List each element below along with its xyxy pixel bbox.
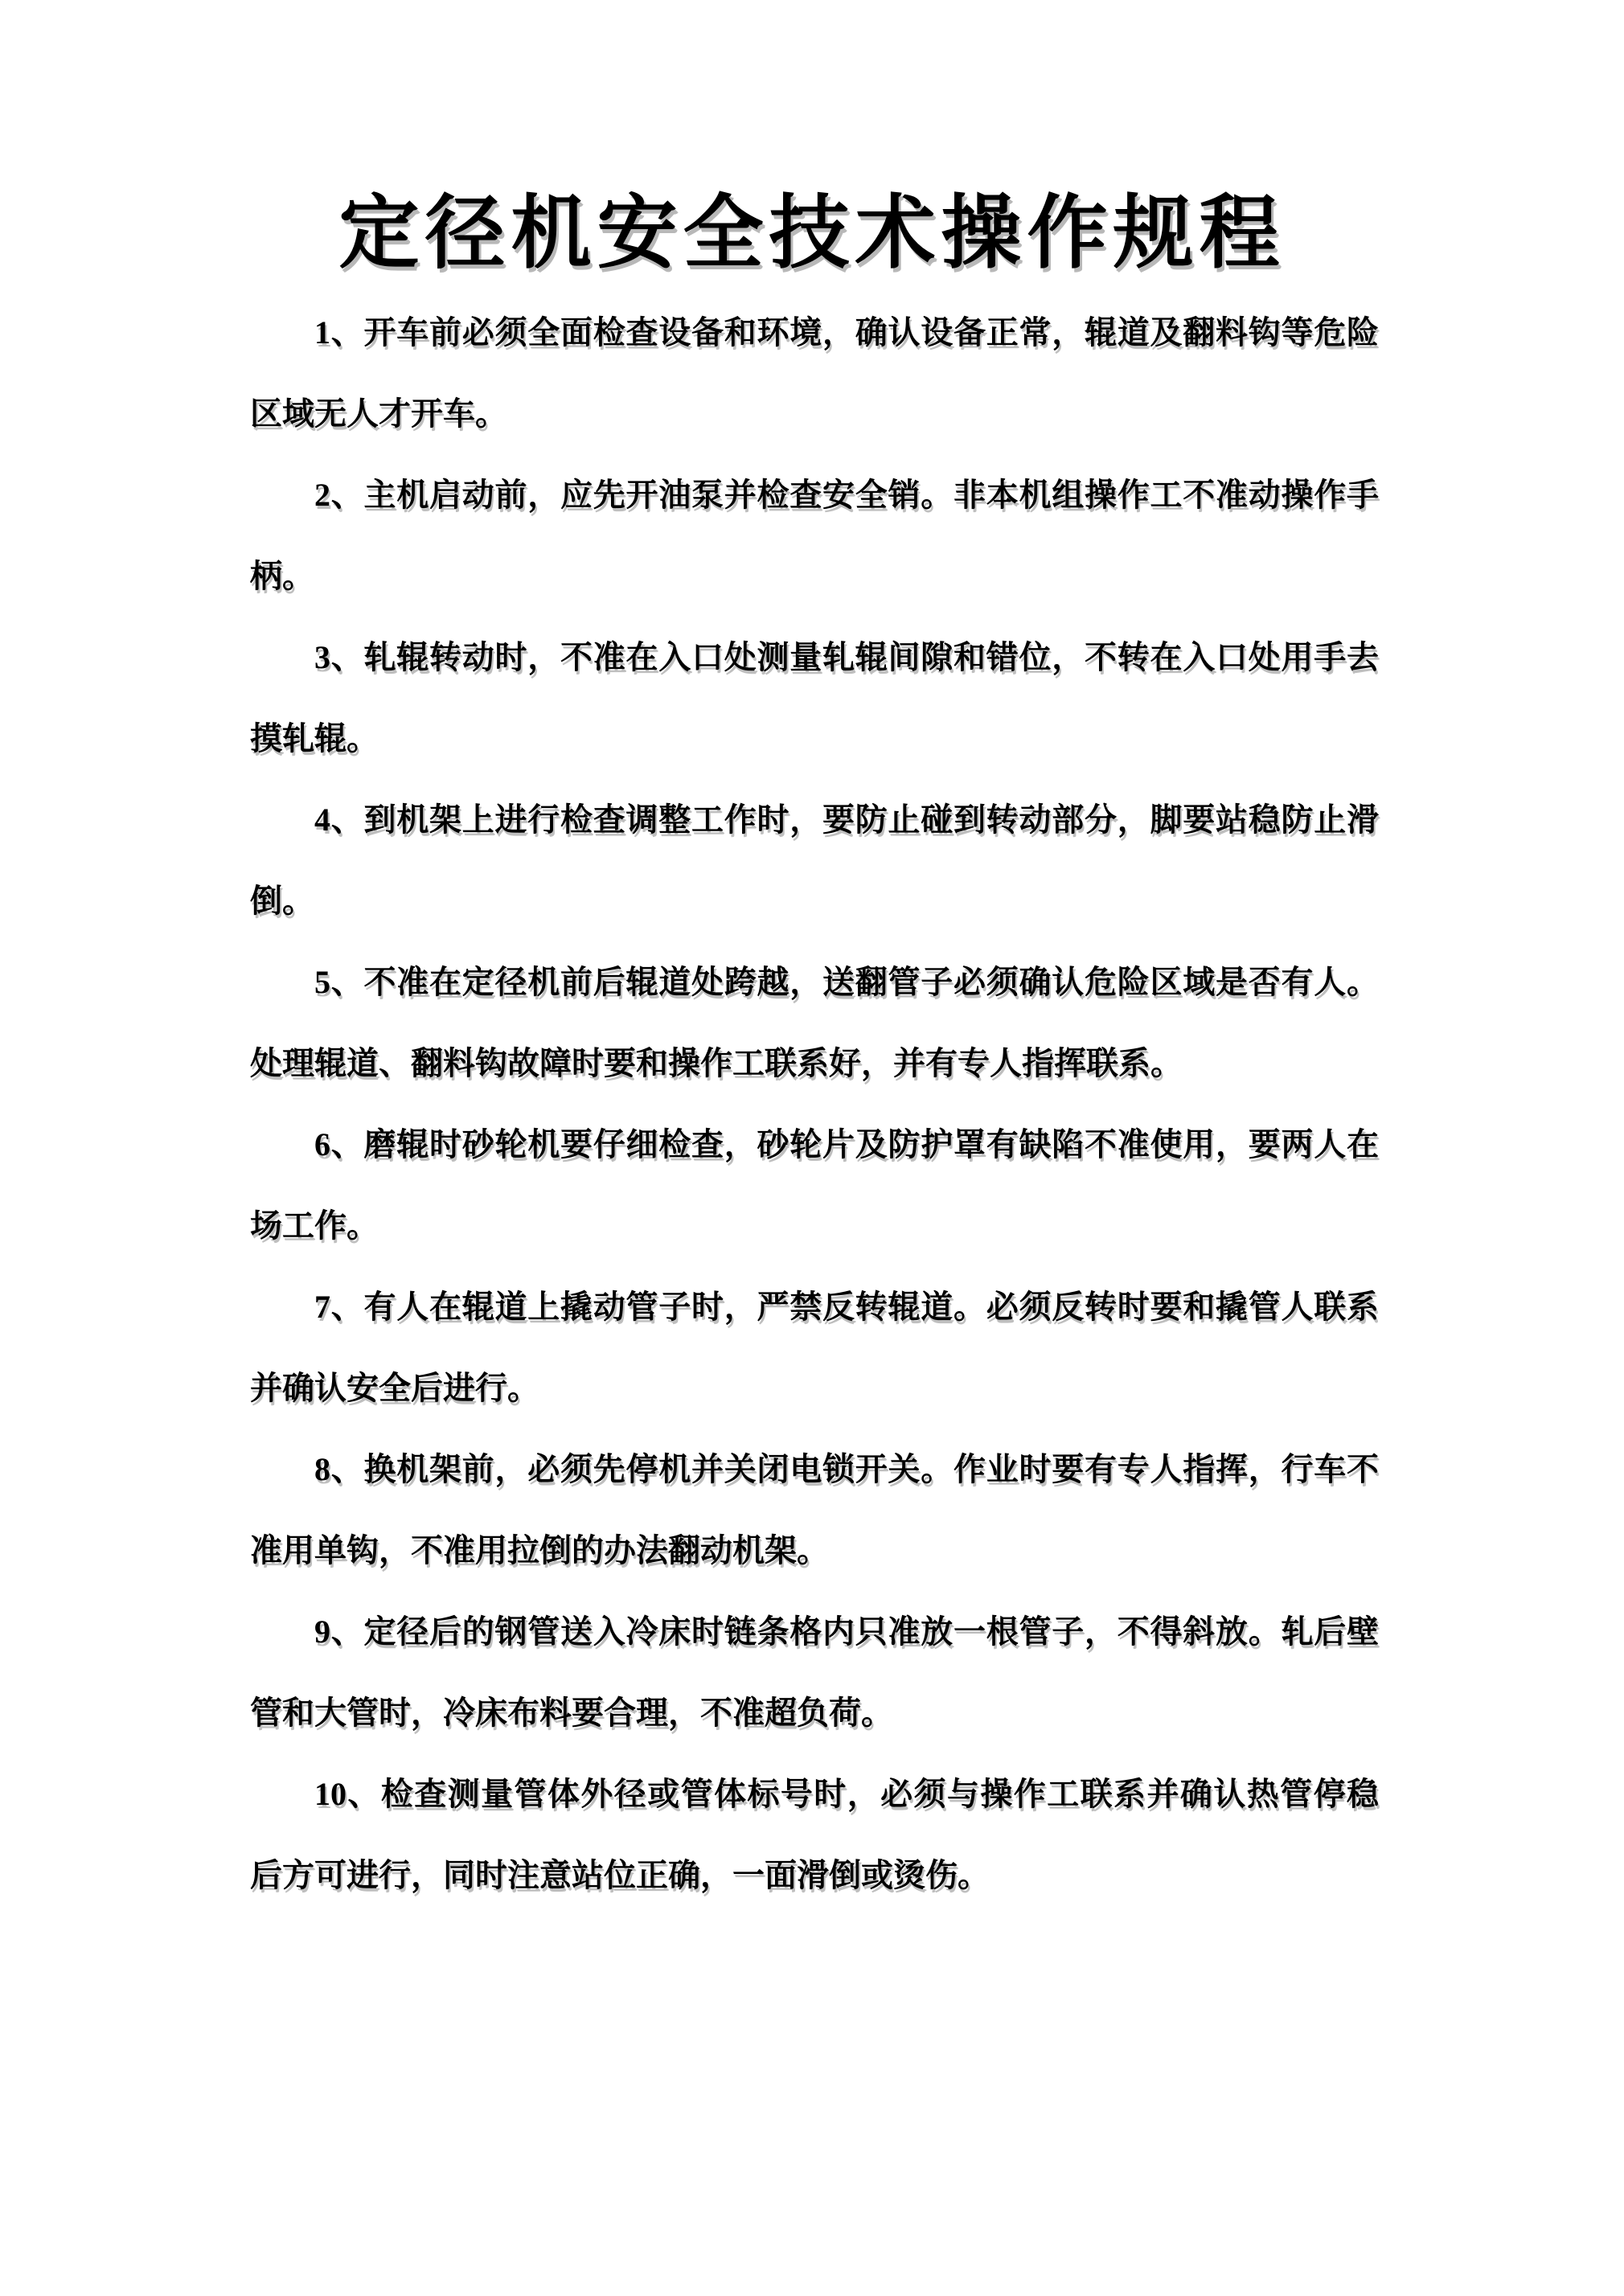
paragraph-1: 1、开车前必须全面检查设备和环境，确认设备正常，辊道及翻料钩等危险 区域无人才开… (250, 292, 1379, 454)
paragraph-9: 9、定径后的钢管送入冷床时链条格内只准放一根管子，不得斜放。轧后壁 管和大管时，… (250, 1591, 1379, 1753)
paragraph-3-line-2: 摸轧辊。 (250, 698, 1379, 779)
paragraph-9-line-1: 9、定径后的钢管送入冷床时链条格内只准放一根管子，不得斜放。轧后壁 (250, 1591, 1379, 1672)
paragraph-7: 7、有人在辊道上撬动管子时，严禁反转辊道。必须反转时要和撬管人联系 并确认安全后… (250, 1266, 1379, 1429)
paragraph-1-line-2: 区域无人才开车。 (250, 373, 1379, 454)
paragraph-2-line-1: 2、主机启动前，应先开油泵并检查安全销。非本机组操作工不准动操作手 (250, 454, 1379, 535)
paragraph-5-line-1: 5、不准在定径机前后辊道处跨越，送翻管子必须确认危险区域是否有人。 (250, 941, 1379, 1023)
paragraph-10: 10、检查测量管体外径或管体标号时，必须与操作工联系并确认热管停稳 后方可进行，… (250, 1753, 1379, 1916)
paragraph-7-line-1: 7、有人在辊道上撬动管子时，严禁反转辊道。必须反转时要和撬管人联系 (250, 1266, 1379, 1347)
paragraph-8-line-1: 8、换机架前，必须先停机并关闭电锁开关。作业时要有专人指挥，行车不 (250, 1429, 1379, 1510)
document-page: 定径机安全技术操作规程 1、开车前必须全面检查设备和环境，确认设备正常，辊道及翻… (0, 0, 1624, 2296)
paragraph-6-line-2: 场工作。 (250, 1185, 1379, 1266)
paragraph-6: 6、磨辊时砂轮机要仔细检查，砂轮片及防护罩有缺陷不准使用，要两人在 场工作。 (250, 1104, 1379, 1266)
paragraph-3: 3、轧辊转动时，不准在入口处测量轧辊间隙和错位，不转在入口处用手去 摸轧辊。 (250, 617, 1379, 779)
paragraph-8: 8、换机架前，必须先停机并关闭电锁开关。作业时要有专人指挥，行车不 准用单钩，不… (250, 1429, 1379, 1591)
paragraph-5: 5、不准在定径机前后辊道处跨越，送翻管子必须确认危险区域是否有人。 处理辊道、翻… (250, 941, 1379, 1104)
paragraph-10-line-2: 后方可进行，同时注意站位正确，一面滑倒或烫伤。 (250, 1835, 1379, 1916)
paragraph-2-line-2: 柄。 (250, 535, 1379, 617)
paragraph-8-line-2: 准用单钩，不准用拉倒的办法翻动机架。 (250, 1510, 1379, 1591)
paragraph-4-line-1: 4、到机架上进行检查调整工作时，要防止碰到转动部分，脚要站稳防止滑 (250, 779, 1379, 860)
paragraph-7-line-2: 并确认安全后进行。 (250, 1347, 1379, 1429)
paragraph-5-line-2: 处理辊道、翻料钩故障时要和操作工联系好，并有专人指挥联系。 (250, 1023, 1379, 1104)
paragraph-4: 4、到机架上进行检查调整工作时，要防止碰到转动部分，脚要站稳防止滑 倒。 (250, 779, 1379, 941)
paragraph-6-line-1: 6、磨辊时砂轮机要仔细检查，砂轮片及防护罩有缺陷不准使用，要两人在 (250, 1104, 1379, 1185)
paragraph-2: 2、主机启动前，应先开油泵并检查安全销。非本机组操作工不准动操作手 柄。 (250, 454, 1379, 617)
paragraph-4-line-2: 倒。 (250, 860, 1379, 941)
paragraph-9-line-2: 管和大管时，冷床布料要合理，不准超负荷。 (250, 1672, 1379, 1753)
document-title: 定径机安全技术操作规程 (0, 0, 1624, 287)
paragraph-3-line-1: 3、轧辊转动时，不准在入口处测量轧辊间隙和错位，不转在入口处用手去 (250, 617, 1379, 698)
paragraph-1-line-1: 1、开车前必须全面检查设备和环境，确认设备正常，辊道及翻料钩等危险 (250, 292, 1379, 373)
document-body: 1、开车前必须全面检查设备和环境，确认设备正常，辊道及翻料钩等危险 区域无人才开… (250, 292, 1379, 1916)
paragraph-10-line-1: 10、检查测量管体外径或管体标号时，必须与操作工联系并确认热管停稳 (250, 1753, 1379, 1835)
